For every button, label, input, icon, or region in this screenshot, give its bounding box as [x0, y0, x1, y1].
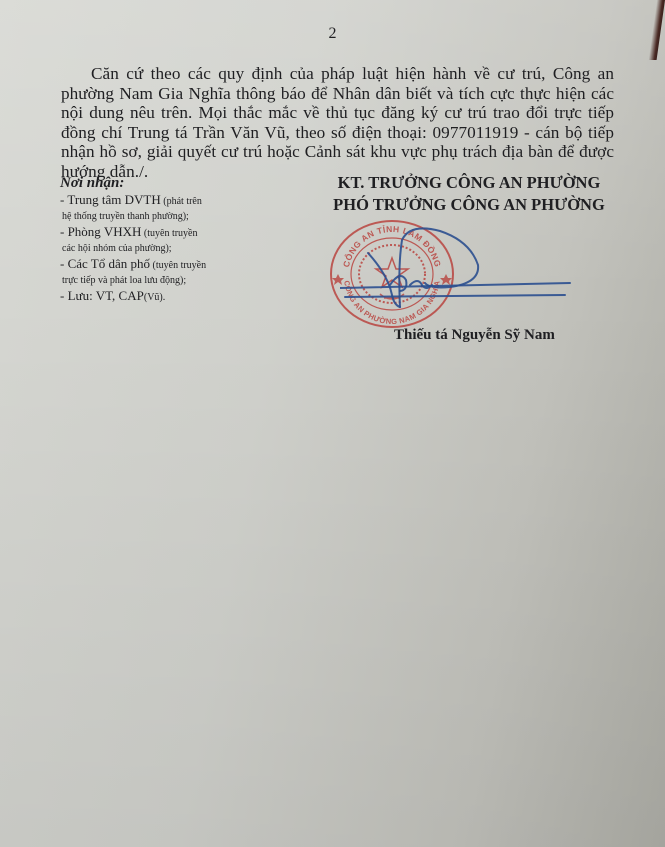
recipients-heading: Nơi nhận: [60, 176, 260, 191]
signature-line-2: PHÓ TRƯỞNG CÔNG AN PHƯỜNG [314, 194, 624, 216]
recipient-item: - Trung tâm DVTH (phát trên hệ thống tru… [60, 192, 260, 224]
recipients-list: Nơi nhận: - Trung tâm DVTH (phát trên hệ… [60, 176, 260, 305]
signer-name: Thiếu tá Nguyễn Sỹ Nam [394, 327, 555, 344]
signature-title: KT. TRƯỞNG CÔNG AN PHƯỜNG PHÓ TRƯỞNG CÔN… [314, 172, 624, 216]
handwritten-signature-icon [340, 225, 580, 315]
recipient-item: - Các Tổ dân phố (tuyên truyền trực tiếp… [60, 256, 260, 288]
signature-line-1: KT. TRƯỞNG CÔNG AN PHƯỜNG [314, 172, 624, 194]
recipient-item: - Lưu: VT, CAP(Vũ). [60, 288, 260, 305]
page-number: 2 [0, 25, 665, 43]
body-paragraph: Căn cứ theo các quy định của pháp luật h… [61, 64, 614, 181]
recipient-item: - Phòng VHXH (tuyên truyền các hội nhóm … [60, 224, 260, 256]
